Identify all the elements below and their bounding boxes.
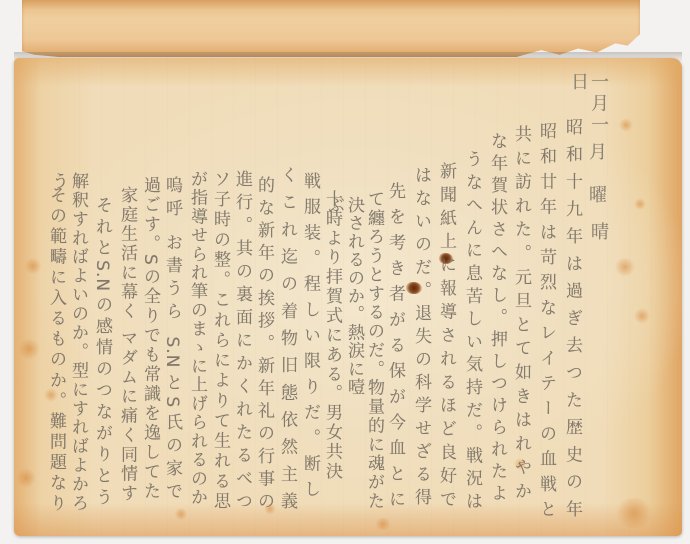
- diary-line: 新聞紙上に報導されるほど良好で: [436, 162, 456, 508]
- diary-line: 先を考き者がる保が今血とに: [385, 182, 405, 508]
- diary-weather: 晴: [588, 222, 608, 246]
- diary-line: 的な新年の挨拶。新年礼の行事の: [254, 176, 274, 510]
- diary-line: ソ子時の整。これらによりて生れる思: [210, 170, 230, 510]
- diary-line: 嗚呼 お書うら S.NとS氏の家で: [162, 176, 182, 500]
- foxing-spot: [614, 498, 654, 528]
- diary-line: 戦服装。程しい限りだ。断し: [300, 172, 320, 498]
- foxing-spot: [18, 338, 40, 360]
- foxing-spot: [16, 468, 36, 488]
- foxing-spot: [619, 118, 633, 132]
- diary-line: 昭和廿年は苛烈なレイテーの血戦と: [536, 122, 556, 518]
- diary-line: うなへんに息苦しい気持だ。戦況は: [462, 150, 482, 510]
- diary-line: 十時より拝賀式にある。男女共決: [322, 190, 342, 480]
- foxing-spot: [634, 198, 646, 210]
- diary-line: 解釈すればよいのか。型にすればよかろう: [68, 172, 88, 512]
- diary-line: 家庭生活に幕く マダムに痛く同情す: [117, 186, 137, 502]
- diary-line: 昭和十九年は過ぎ去つた歴史の年: [562, 118, 582, 518]
- diary-line: て纏ろうとするのだ。物量的に魂がた: [364, 190, 384, 510]
- diary-line: その範疇に入るものか。難問題なり: [46, 186, 66, 512]
- diary-line: 決されるのか。熱涙に噎ぶ: [344, 196, 364, 396]
- diary-line: 進行。其の裏面にかくれたるべつ: [232, 170, 252, 510]
- foxing-spot: [374, 518, 392, 530]
- diary-line: 共に訪れた。元旦とて如きはれやか: [511, 125, 531, 500]
- diary-line: くこれ迄の着物旧態依然主義: [277, 166, 297, 510]
- folded-previous-page: [22, 0, 640, 57]
- diary-line: はないのだ。退失の科学せざる得: [411, 166, 431, 506]
- foxing-spot: [24, 258, 42, 274]
- diary-date: 一月一日: [588, 72, 608, 134]
- diary-line: が指導せられ筆のまゝに上げられるのか: [187, 170, 207, 506]
- diary-weekday: 月曜: [586, 142, 606, 204]
- foxing-spot: [614, 258, 636, 276]
- foxing-spot: [634, 308, 650, 324]
- foxing-spot: [174, 508, 188, 520]
- diary-line: それとS.Nの感情のつながりとう: [92, 196, 112, 506]
- diary-line: 過ごす。Sの全りでも常識を逸してた: [140, 176, 160, 500]
- diary-line: な年賀状さへなし。押しつけられたよ: [487, 132, 507, 502]
